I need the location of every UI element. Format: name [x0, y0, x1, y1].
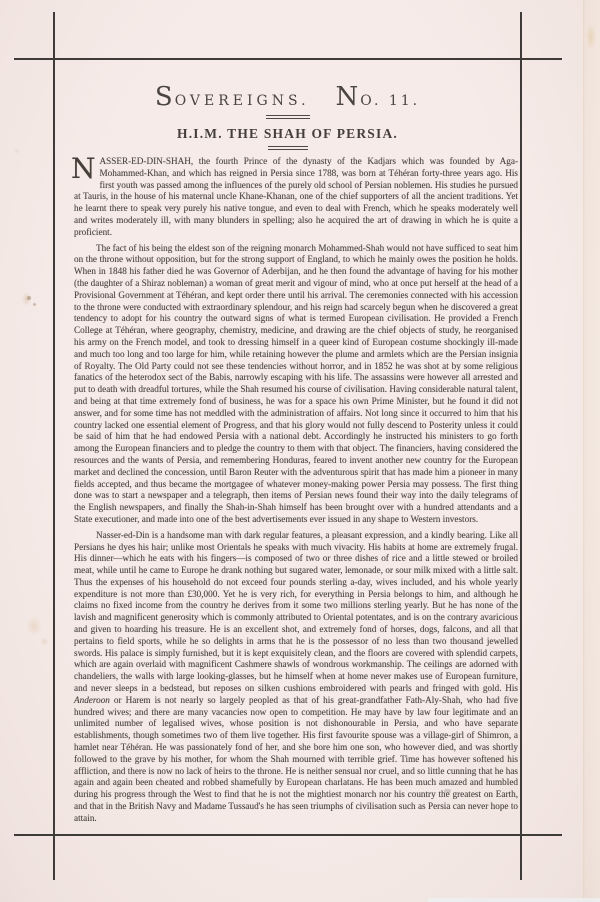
series-title-initial: S — [155, 82, 175, 112]
dropcap-initial: N — [71, 157, 100, 180]
foxing-spot — [26, 616, 42, 636]
italic-term-anderoon: Anderoon — [74, 695, 110, 705]
paragraph-1-text: ASSER-ED-DIN-SHAH, the fourth Prince of … — [74, 156, 518, 237]
frame-line-top — [14, 58, 562, 60]
paragraph-3: Nasser-ed-Din is a handsome man with dar… — [74, 530, 518, 825]
masthead-divider-lower — [268, 146, 308, 150]
issue-number: No. 11. — [336, 82, 421, 112]
paper-edge-bottom — [428, 898, 600, 902]
paragraph-1: NASSER-ED-DIN-SHAH, the fourth Prince of… — [74, 156, 518, 239]
article-title: H.I.M. THE SHAH OF PERSIA. — [54, 126, 521, 142]
paragraph-2: The fact of his being the eldest son of … — [74, 243, 518, 526]
paragraph-3-text-b: or Harem is not nearly so largely people… — [74, 695, 518, 823]
series-title-line: SOVEREIGNS. No. 11. — [54, 82, 521, 112]
issue-number-text: o. 11. — [360, 93, 420, 109]
foxing-spot — [27, 296, 31, 300]
article-body: NASSER-ED-DIN-SHAH, the fourth Prince of… — [74, 156, 518, 825]
series-title-text: OVEREIGNS. — [175, 93, 310, 109]
foxing-spot — [22, 292, 31, 306]
frame-line-bottom — [14, 834, 562, 836]
issue-number-initial: N — [336, 82, 361, 112]
masthead: SOVEREIGNS. No. 11. H.I.M. THE SHAH OF P… — [54, 82, 521, 150]
foxing-spot — [33, 303, 36, 306]
paragraph-2-text: The fact of his being the eldest son of … — [74, 243, 518, 524]
scanned-document-page: SOVEREIGNS. No. 11. H.I.M. THE SHAH OF P… — [0, 0, 600, 902]
foxing-spot — [40, 637, 49, 646]
foxing-spot — [14, 148, 20, 154]
paper-edge-right — [583, 0, 600, 902]
paragraph-3-text-a: Nasser-ed-Din is a handsome man with dar… — [74, 530, 518, 693]
series-title: SOVEREIGNS. — [155, 82, 310, 112]
masthead-divider-upper — [266, 115, 310, 119]
